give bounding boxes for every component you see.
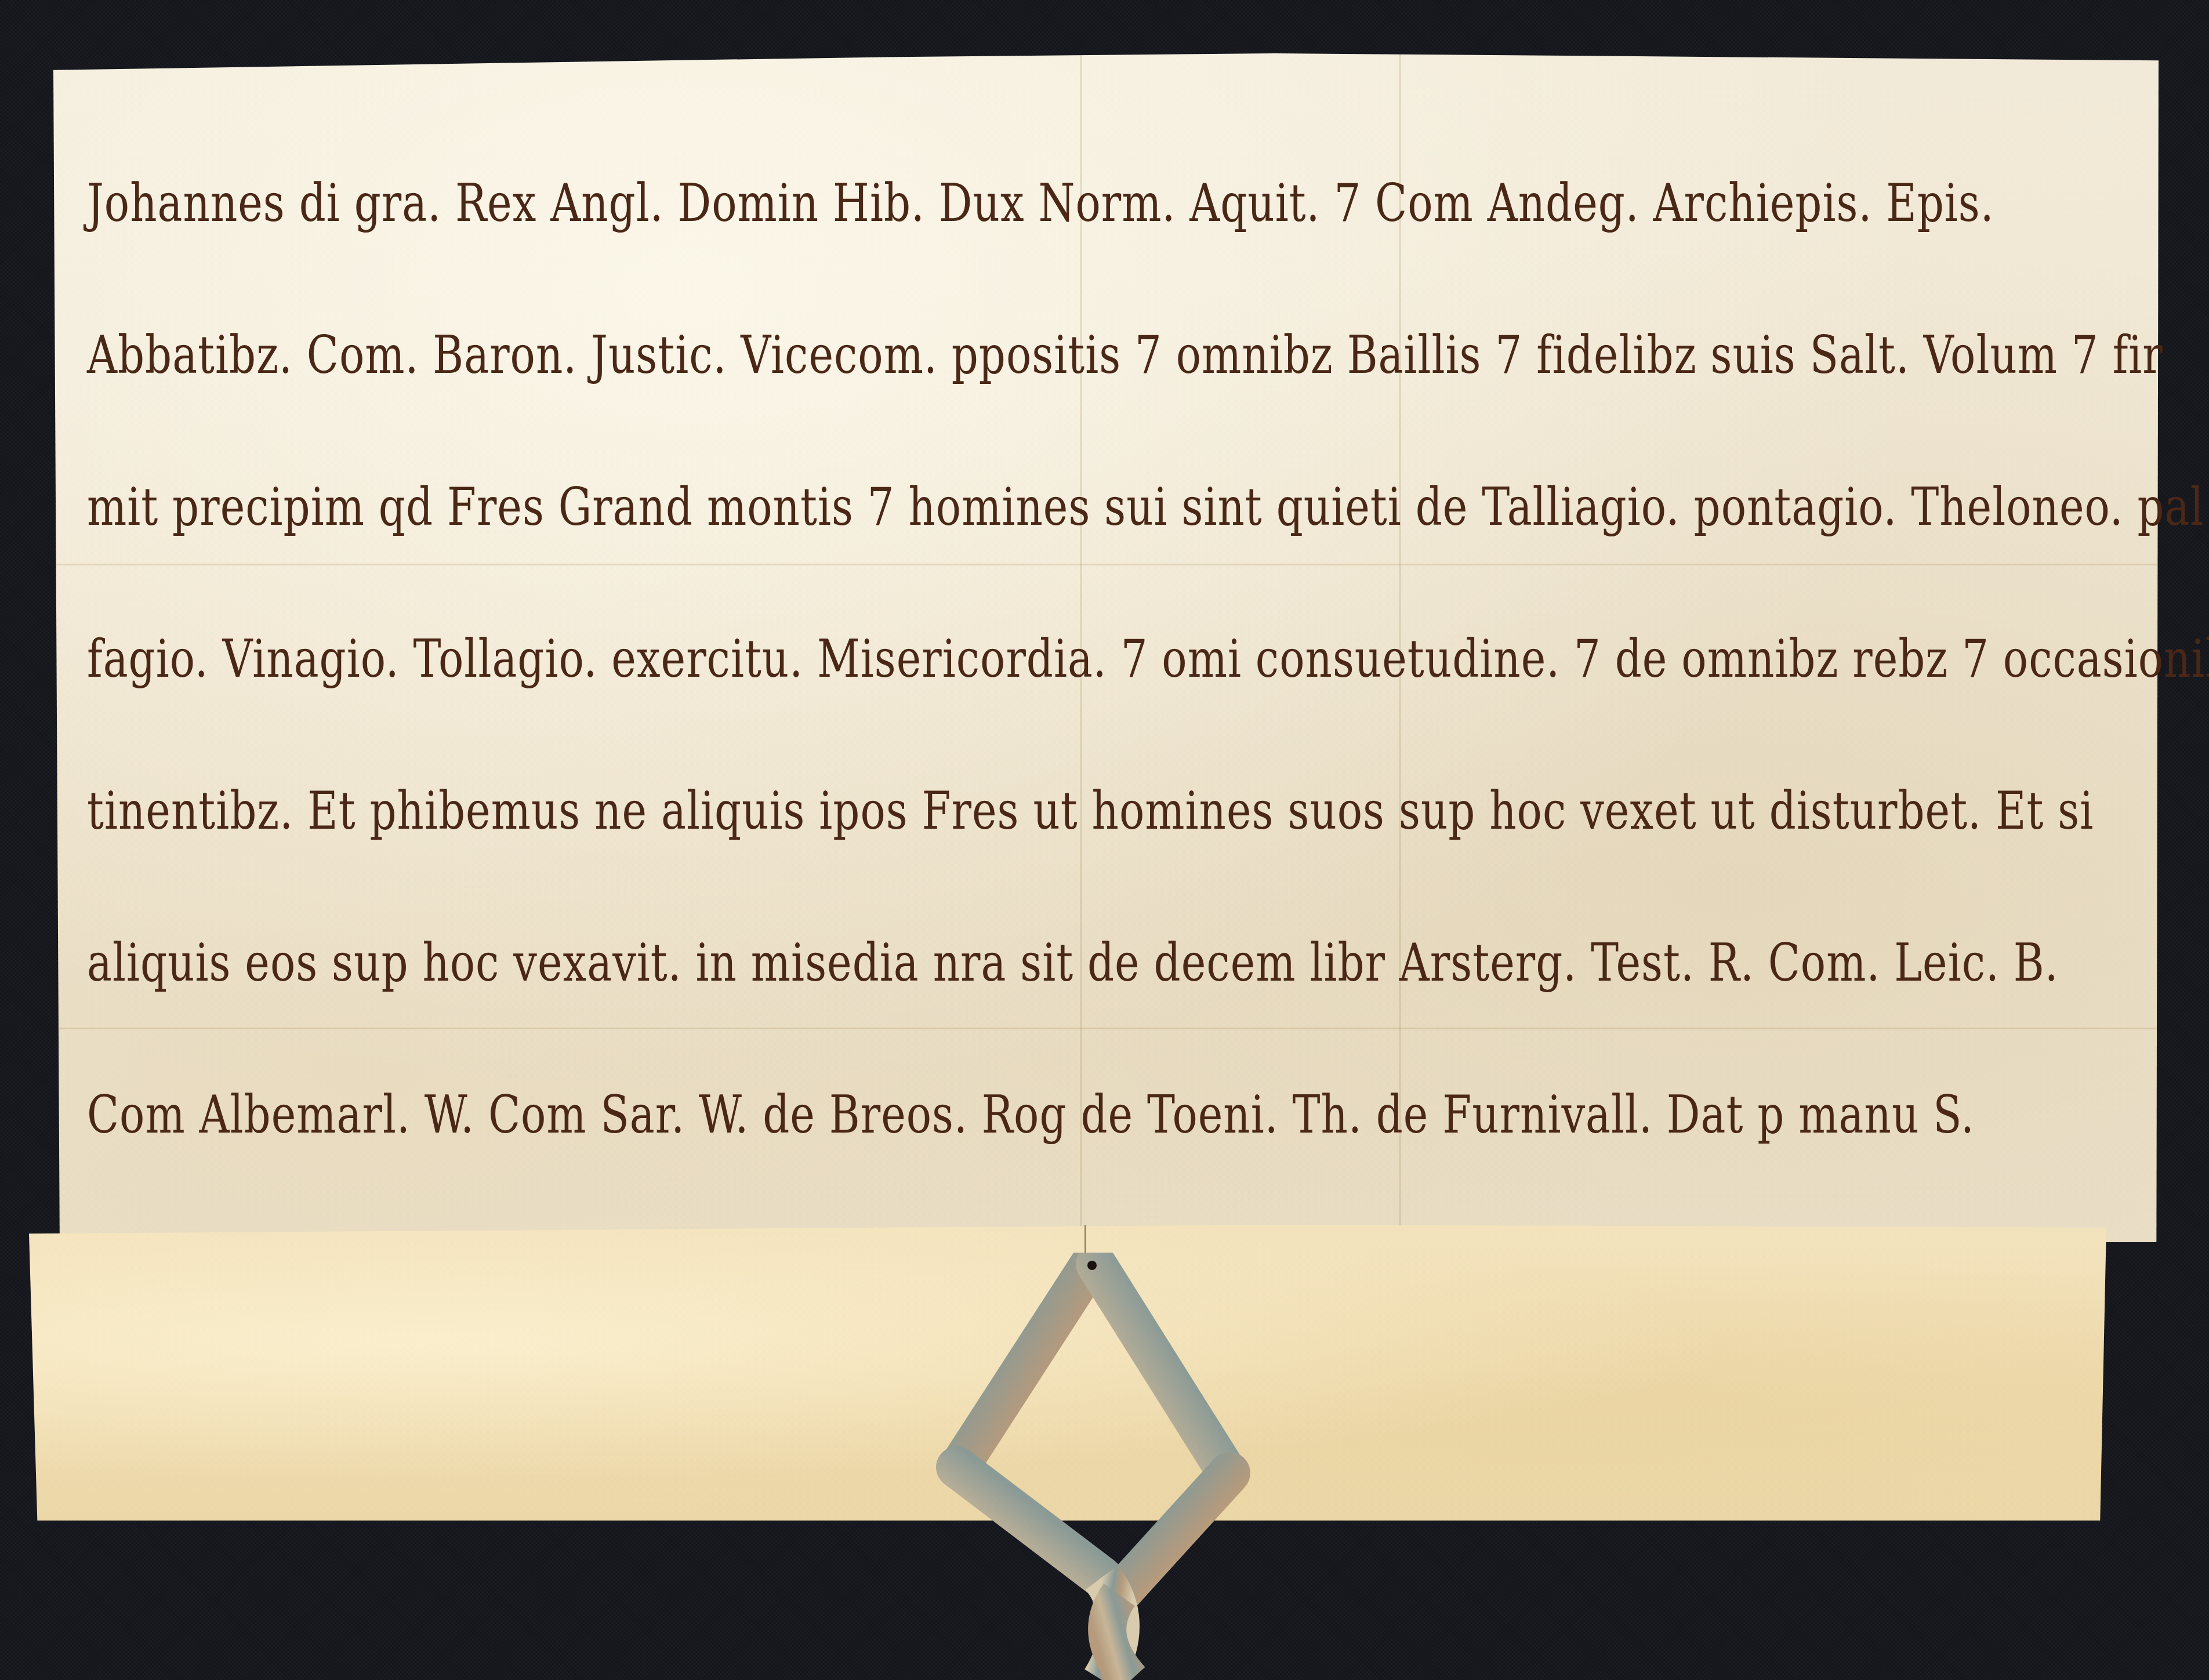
charter-text: Johannes di gra. Rex Angl. Domin Hib. Du…: [87, 116, 2094, 1331]
seal-cord-icon: [928, 1253, 1334, 1680]
